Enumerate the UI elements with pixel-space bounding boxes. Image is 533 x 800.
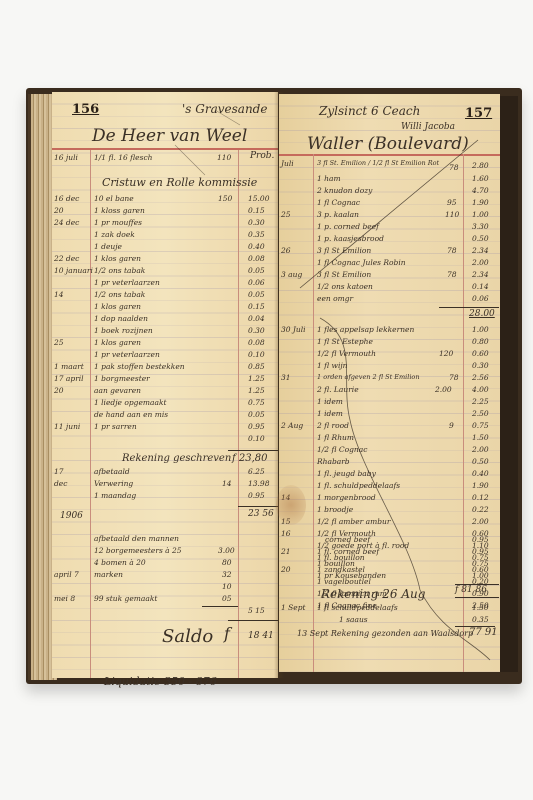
row-amount: 4.00 xyxy=(472,386,489,394)
row-desc: 1 fl. bouillon xyxy=(317,554,365,562)
row-amount: 0.85 xyxy=(248,363,265,371)
row-amount: 0.06 xyxy=(248,279,265,287)
row-desc: 1/2 goede port à fl. rood xyxy=(317,542,409,550)
row-rate: 110 xyxy=(445,211,459,219)
row-desc: 1 p. kaasjesbrood xyxy=(317,235,384,243)
row-amount: 0.05 xyxy=(248,267,265,275)
row-amount: 0.35 xyxy=(248,231,265,239)
row-amount: 0.15 xyxy=(248,207,265,215)
row-desc: 12 borgemeesters à 25 xyxy=(94,547,182,555)
row-desc: 1 fl Cognac xyxy=(317,199,360,207)
row-desc: 1 klos garen xyxy=(94,339,141,347)
row-amount: 0.75 xyxy=(472,422,489,430)
row-rate: 32 xyxy=(222,571,232,579)
row-amount: 1.25 xyxy=(248,387,265,395)
page-number: 156 xyxy=(72,102,99,117)
row-desc: de hand aan en mis xyxy=(94,411,168,419)
row-desc: 1 idem xyxy=(317,398,343,406)
row-amount: 2.00 xyxy=(472,518,489,526)
row-rate: 78 xyxy=(447,247,457,255)
rule xyxy=(202,606,238,607)
second-subtotal: 5 15 xyxy=(248,607,265,615)
row-amount: 0.60 xyxy=(472,530,489,538)
date-margin-line xyxy=(313,154,314,672)
row-amount: 0.75 xyxy=(248,399,265,407)
row-amount: 1.90 xyxy=(472,482,489,490)
row-date: mei 8 xyxy=(54,595,75,603)
row-desc: 1 kloss garen xyxy=(94,207,145,215)
row-desc: 1 klos garen xyxy=(94,255,141,263)
row-date: 31 xyxy=(281,374,291,382)
row-amount: 1.00 xyxy=(472,326,489,334)
row-desc: 3 fl St Emilion xyxy=(317,247,371,255)
row-date: Juli xyxy=(281,160,294,168)
row-amount: 0.95 xyxy=(248,492,265,500)
row-amount: 0.08 xyxy=(248,255,265,263)
row-rate: 78 xyxy=(449,164,459,172)
row-date: 17 xyxy=(54,468,64,476)
account-heading: Rekening geschreven xyxy=(122,454,231,464)
row-amount: 0.05 xyxy=(248,291,265,299)
row-amount: 0.30 xyxy=(248,219,265,227)
row-desc: 1 ham xyxy=(317,175,341,183)
paper-stain xyxy=(276,485,306,525)
binding-right xyxy=(500,96,518,672)
first-entry-amount: Prob. xyxy=(250,152,274,161)
row-desc: 1 fl Rhum xyxy=(317,434,354,442)
row-amount: 2.25 xyxy=(472,398,489,406)
row-desc: 1 fl. schuldpeddelaafs xyxy=(317,482,400,490)
row-date: 26 xyxy=(281,247,291,255)
row-amount: 4.70 xyxy=(472,187,489,195)
row-amount: 1.50 xyxy=(472,434,489,442)
row-amount: 0.22 xyxy=(472,506,489,514)
row-date: 24 dec xyxy=(54,219,79,227)
row-amount: 0.90 xyxy=(472,590,489,598)
row-date: 22 dec xyxy=(54,255,79,263)
row-desc: 1 deuje xyxy=(94,243,122,251)
row-desc: 3 fl St Emilion xyxy=(317,271,371,279)
row-desc: 1/2 fl Vermouth xyxy=(317,530,376,538)
row-date: 11 juni xyxy=(54,423,80,431)
right-page: Zylsinct 6 Ceach 157 Willi Jacoba Waller… xyxy=(279,94,500,672)
rule xyxy=(228,620,278,621)
row-desc: 2 fl rood xyxy=(317,422,349,430)
row-rate: 9 xyxy=(449,422,454,430)
row-rate: 120 xyxy=(439,350,453,358)
row-desc: 1/2 ons katoen xyxy=(317,283,373,291)
rule xyxy=(439,307,499,308)
rule xyxy=(228,450,278,451)
first-entry-date: 16 juli xyxy=(54,154,78,162)
left-page: 156 's Gravesande De Heer van Weel 16 ju… xyxy=(52,92,278,678)
rule xyxy=(238,506,278,507)
row-amount: 1.00 xyxy=(472,211,489,219)
row-rate: 05 xyxy=(222,595,232,603)
first-entry-rate: 110 xyxy=(217,154,231,162)
row-desc: aan gevaren xyxy=(94,387,141,395)
row-desc: 1 maandag xyxy=(94,492,136,500)
row-desc: 1/2 ons tabak xyxy=(94,267,145,275)
row-desc: 1/2 fl amber ambur xyxy=(317,518,390,526)
row-amount: 0.06 xyxy=(472,295,489,303)
account-subtotal: 23 56 xyxy=(248,510,274,519)
row-date: 14 xyxy=(54,291,64,299)
row-rate: 2.00 xyxy=(435,386,452,394)
row-date: 20 xyxy=(281,566,291,574)
row-rate: 80 xyxy=(222,559,232,567)
amount-margin-line xyxy=(238,150,239,678)
row-amount: 0.30 xyxy=(472,362,489,370)
row-amount: 0.12 xyxy=(472,494,489,502)
row-rate: 95 xyxy=(447,199,457,207)
row-desc: 1 vagelboutlel xyxy=(317,578,371,586)
row-amount: 0.60 xyxy=(472,350,489,358)
row-desc: 1 boek rozijnen xyxy=(94,327,153,335)
row-desc: 1 klos garen xyxy=(94,303,141,311)
row-date: 20 xyxy=(54,387,64,395)
mid-total: 28.00 xyxy=(469,310,495,319)
row-desc: 1 broodje xyxy=(317,506,353,514)
row-desc: 10 el bane xyxy=(94,195,134,203)
row-desc: 1 pr mouffes xyxy=(94,219,142,227)
row-desc: een omgr xyxy=(317,295,353,303)
row-desc: 1 pr veterlaarzen xyxy=(94,351,160,359)
row-date: april 7 xyxy=(54,571,79,579)
row-desc: 1 liedje opgemaakt xyxy=(94,399,167,407)
row-desc: 1 borgmeester xyxy=(94,375,150,383)
row-desc: 3 fl St. Emilion / 1/2 fl St Emilion Rot xyxy=(317,160,439,167)
row-desc: 1/2 fl Cognac xyxy=(317,446,367,454)
title-prefix: Willi Jacoba xyxy=(401,122,455,132)
saldo-amount: 18 41 xyxy=(248,632,274,641)
row-rate: 150 xyxy=(218,195,232,203)
row-desc: 1 fl Cognac fine xyxy=(317,602,377,610)
row-amount: 15.00 xyxy=(248,195,269,203)
row-desc: afbetaald xyxy=(94,468,130,476)
row-desc: afbetaald den mannen xyxy=(94,535,179,543)
row-amount: 2.00 xyxy=(472,446,489,454)
first-entry-desc: 1/1 fl. 16 flesch xyxy=(94,154,152,162)
account-title: Waller (Boulevard) xyxy=(307,134,469,154)
row-date: 2 Aug xyxy=(281,422,303,430)
row-amount: 0.50 xyxy=(472,458,489,466)
row-date: 20 xyxy=(54,207,64,215)
row-amount: 0.80 xyxy=(472,338,489,346)
account-heading-amount: f 23,80 xyxy=(232,454,268,464)
row-amount: 2.34 xyxy=(472,247,489,255)
row-rate: 78 xyxy=(449,374,459,382)
row-desc: 99 stuk gemaakt xyxy=(94,595,157,603)
row-amount: 0.04 xyxy=(248,315,265,323)
row-date: 25 xyxy=(281,211,291,219)
row-amount: 2.50 xyxy=(472,410,489,418)
row-amount: 0.95 xyxy=(248,423,265,431)
row-amount: 6.25 xyxy=(248,468,265,476)
row-amount: 0.20 xyxy=(472,578,489,586)
row-amount: 0.40 xyxy=(472,470,489,478)
row-date: 17 april xyxy=(54,375,84,383)
row-desc: 1/2 ons tabak xyxy=(94,291,145,299)
row-date: 30 Juli xyxy=(281,326,306,334)
row-desc: marken xyxy=(94,571,123,579)
section-heading: Cristuw en Rolle kommissie xyxy=(102,176,257,189)
row-amount: 0.40 xyxy=(248,243,265,251)
row-amount: 1.60 xyxy=(472,175,489,183)
row-desc: 1 fles appelsap lekkernen xyxy=(317,326,414,334)
row-amount: 0.10 xyxy=(248,351,265,359)
row-desc: 1 fl Cognac Jules Robin xyxy=(317,259,406,267)
row-amount: 0.60 xyxy=(472,566,489,574)
date-margin-line xyxy=(90,150,91,678)
row-date: 16 xyxy=(281,530,291,538)
row-amount: 2.50 xyxy=(472,602,489,610)
row-desc: 1 dop naalden xyxy=(94,315,148,323)
row-desc: 1 fl St Estephe xyxy=(317,338,373,346)
row-amount: 1.25 xyxy=(248,375,265,383)
row-desc: 1 fl wijn xyxy=(317,362,348,370)
row-rate: 14 xyxy=(222,480,232,488)
row-desc: 1 morgenbrood xyxy=(317,494,376,502)
row-amount: 2.56 xyxy=(472,374,489,382)
account-title: De Heer van Weel xyxy=(92,126,247,146)
row-desc: Rhabarb xyxy=(317,458,350,466)
amount-margin-line xyxy=(463,154,464,672)
row-desc: 1 fl. jeugd baby xyxy=(317,470,376,478)
row-date: 10 januari xyxy=(54,267,93,275)
row-rate: 10 xyxy=(222,583,232,591)
header-scribble: Zylsinct 6 Ceach xyxy=(319,104,420,118)
row-amount: 0.75 xyxy=(472,554,489,562)
row-date: 3 aug xyxy=(281,271,302,279)
row-desc: 1/2 fl Jamaica rum xyxy=(317,590,387,598)
year-label: 1906 xyxy=(60,512,83,521)
row-amount: 2.80 xyxy=(472,162,489,170)
row-amount: 0.14 xyxy=(472,283,489,291)
page-number: 157 xyxy=(465,106,492,121)
row-date: dec xyxy=(54,480,67,488)
row-amount: 1.10 xyxy=(472,542,489,550)
row-amount: 3.30 xyxy=(472,223,489,231)
row-desc: 1 orden afgeven 2 fl St Emilion xyxy=(317,374,420,381)
saldo-currency: f xyxy=(224,626,230,642)
row-desc: 4 bomen à 20 xyxy=(94,559,146,567)
row-desc: 1 zak doek xyxy=(94,231,135,239)
row-amount: 0.30 xyxy=(248,327,265,335)
row-amount: 2.34 xyxy=(472,271,489,279)
row-amount: 0.50 xyxy=(472,235,489,243)
row-desc: 3 p. kaalan xyxy=(317,211,359,219)
row-desc: Verwering xyxy=(94,480,133,488)
row-amount: 0.08 xyxy=(248,339,265,347)
row-date: 16 dec xyxy=(54,195,79,203)
row-desc: 2 fl. Laurie xyxy=(317,386,359,394)
row-amount: 13.98 xyxy=(248,480,269,488)
row-amount: 2.00 xyxy=(472,259,489,267)
header-scribble: 's Gravesande xyxy=(182,102,267,116)
row-desc: 1 p. corned beef xyxy=(317,223,379,231)
footnote: Liquidatie 350 - 876 xyxy=(104,676,217,687)
row-amount: 0.05 xyxy=(248,411,265,419)
row-desc: 1/2 fl Vermouth xyxy=(317,350,376,358)
saldo-label: Saldo xyxy=(162,628,213,646)
row-desc: 1 pr sarren xyxy=(94,423,137,431)
row-desc: 1 zandkastel xyxy=(317,566,365,574)
row-desc: 1 pr veterlaarzen xyxy=(94,279,160,287)
row-desc: 1 idem xyxy=(317,410,343,418)
row-date: 1 maart xyxy=(54,363,84,371)
row-date: 25 xyxy=(54,339,64,347)
row-desc: 1 pak stoffen bestekken xyxy=(94,363,185,371)
row-desc: 2 knudon dozy xyxy=(317,187,372,195)
row-rate: 78 xyxy=(447,271,457,279)
row-amount: 1.90 xyxy=(472,199,489,207)
header-rule xyxy=(52,148,278,150)
row-amount: 0.10 xyxy=(248,435,265,443)
row-rate: 3.00 xyxy=(218,547,235,555)
row-amount: 0.15 xyxy=(248,303,265,311)
